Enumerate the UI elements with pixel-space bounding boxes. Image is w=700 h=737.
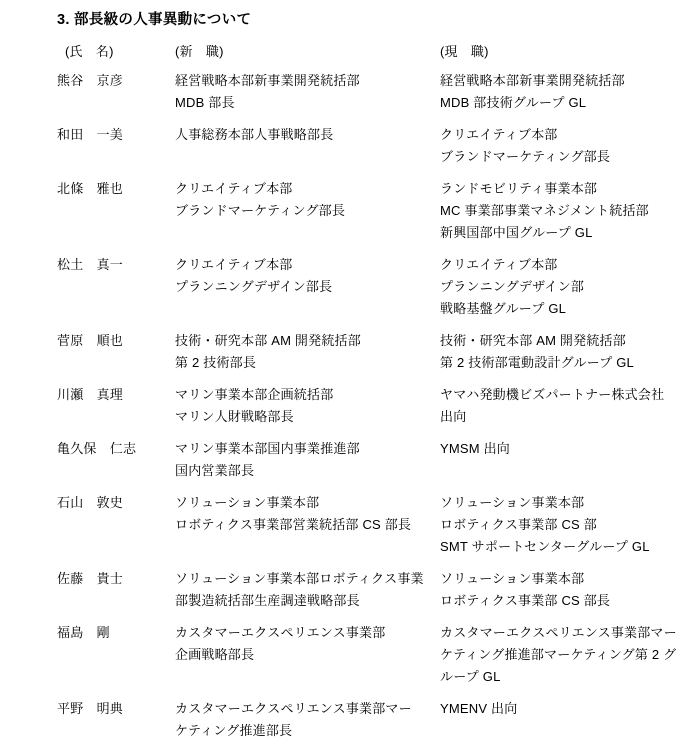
personnel-change-document: 3. 部長級の人事異動について (氏 名) (新 職) (現 職) 熊谷 京彦 … [0, 0, 700, 737]
employee-name: 菅原 順也 [57, 330, 175, 352]
employee-name: 熊谷 京彦 [57, 70, 175, 92]
table-row: 福島 剛 カスタマーエクスペリエンス事業部 企画戦略部長 カスタマーエクスペリエ… [57, 622, 692, 688]
current-position: ヤマハ発動機ビズパートナー株式会社 出向 [440, 384, 692, 428]
employee-name: 石山 敦史 [57, 492, 175, 514]
new-position: クリエイティブ本部 ブランドマーケティング部長 [175, 178, 440, 222]
current-position: ソリューション事業本部 ロボティクス事業部 CS 部 SMT サポートセンターグ… [440, 492, 692, 558]
table-row: 平野 明典 カスタマーエクスペリエンス事業部マー ケティング推進部長 YMENV… [57, 698, 692, 737]
current-position: 経営戦略本部新事業開発統括部 MDB 部技術グループ GL [440, 70, 692, 114]
table-row: 和田 一美 人事総務本部人事戦略部長 クリエイティブ本部 ブランドマーケティング… [57, 124, 692, 168]
current-position: カスタマーエクスペリエンス事業部マー ケティング推進部マーケティング第 2 グ … [440, 622, 692, 688]
new-position: カスタマーエクスペリエンス事業部 企画戦略部長 [175, 622, 440, 666]
new-position: ソリューション事業本部 ロボティクス事業部営業統括部 CS 部長 [175, 492, 440, 536]
header-name-label: (氏 名) [57, 41, 175, 63]
new-position: クリエイティブ本部 プランニングデザイン部長 [175, 254, 440, 298]
current-position: ソリューション事業本部 ロボティクス事業部 CS 部長 [440, 568, 692, 612]
new-position: マリン事業本部国内事業推進部 国内営業部長 [175, 438, 440, 482]
header-current-position-label: (現 職) [440, 41, 692, 63]
table-row: 佐藤 貴士 ソリューション事業本部ロボティクス事業 部製造統括部生産調達戦略部長… [57, 568, 692, 612]
new-position: 経営戦略本部新事業開発統括部 MDB 部長 [175, 70, 440, 114]
new-position: 人事総務本部人事戦略部長 [175, 124, 440, 146]
page-title: 3. 部長級の人事異動について [57, 10, 692, 30]
employee-name: 和田 一美 [57, 124, 175, 146]
header-new-position-label: (新 職) [175, 41, 440, 63]
employee-name: 北條 雅也 [57, 178, 175, 200]
current-position: YMSM 出向 [440, 438, 692, 460]
new-position: ソリューション事業本部ロボティクス事業 部製造統括部生産調達戦略部長 [175, 568, 440, 612]
current-position: ランドモビリティ事業本部 MC 事業部事業マネジメント統括部 新興国部中国グルー… [440, 178, 692, 244]
current-position: クリエイティブ本部 ブランドマーケティング部長 [440, 124, 692, 168]
table-row: 熊谷 京彦 経営戦略本部新事業開発統括部 MDB 部長 経営戦略本部新事業開発統… [57, 70, 692, 114]
current-position: クリエイティブ本部 プランニングデザイン部 戦略基盤グループ GL [440, 254, 692, 320]
current-position: YMENV 出向 [440, 698, 692, 720]
table-row: 北條 雅也 クリエイティブ本部 ブランドマーケティング部長 ランドモビリティ事業… [57, 178, 692, 244]
table-row: 石山 敦史 ソリューション事業本部 ロボティクス事業部営業統括部 CS 部長 ソ… [57, 492, 692, 558]
employee-name: 松土 真一 [57, 254, 175, 276]
employee-name: 川瀬 真理 [57, 384, 175, 406]
current-position: 技術・研究本部 AM 開発統括部 第 2 技術部電動設計グループ GL [440, 330, 692, 374]
employee-name: 平野 明典 [57, 698, 175, 720]
table-header: (氏 名) (新 職) (現 職) [57, 41, 692, 63]
table-row: 菅原 順也 技術・研究本部 AM 開発統括部 第 2 技術部長 技術・研究本部 … [57, 330, 692, 374]
employee-name: 亀久保 仁志 [57, 438, 175, 460]
employee-name: 佐藤 貴士 [57, 568, 175, 590]
table-row: 川瀬 真理 マリン事業本部企画統括部 マリン人財戦略部長 ヤマハ発動機ビズパート… [57, 384, 692, 428]
new-position: 技術・研究本部 AM 開発統括部 第 2 技術部長 [175, 330, 440, 374]
table-row: 松土 真一 クリエイティブ本部 プランニングデザイン部長 クリエイティブ本部 プ… [57, 254, 692, 320]
table-row: 亀久保 仁志 マリン事業本部国内事業推進部 国内営業部長 YMSM 出向 [57, 438, 692, 482]
new-position: マリン事業本部企画統括部 マリン人財戦略部長 [175, 384, 440, 428]
new-position: カスタマーエクスペリエンス事業部マー ケティング推進部長 [175, 698, 440, 737]
employee-name: 福島 剛 [57, 622, 175, 644]
